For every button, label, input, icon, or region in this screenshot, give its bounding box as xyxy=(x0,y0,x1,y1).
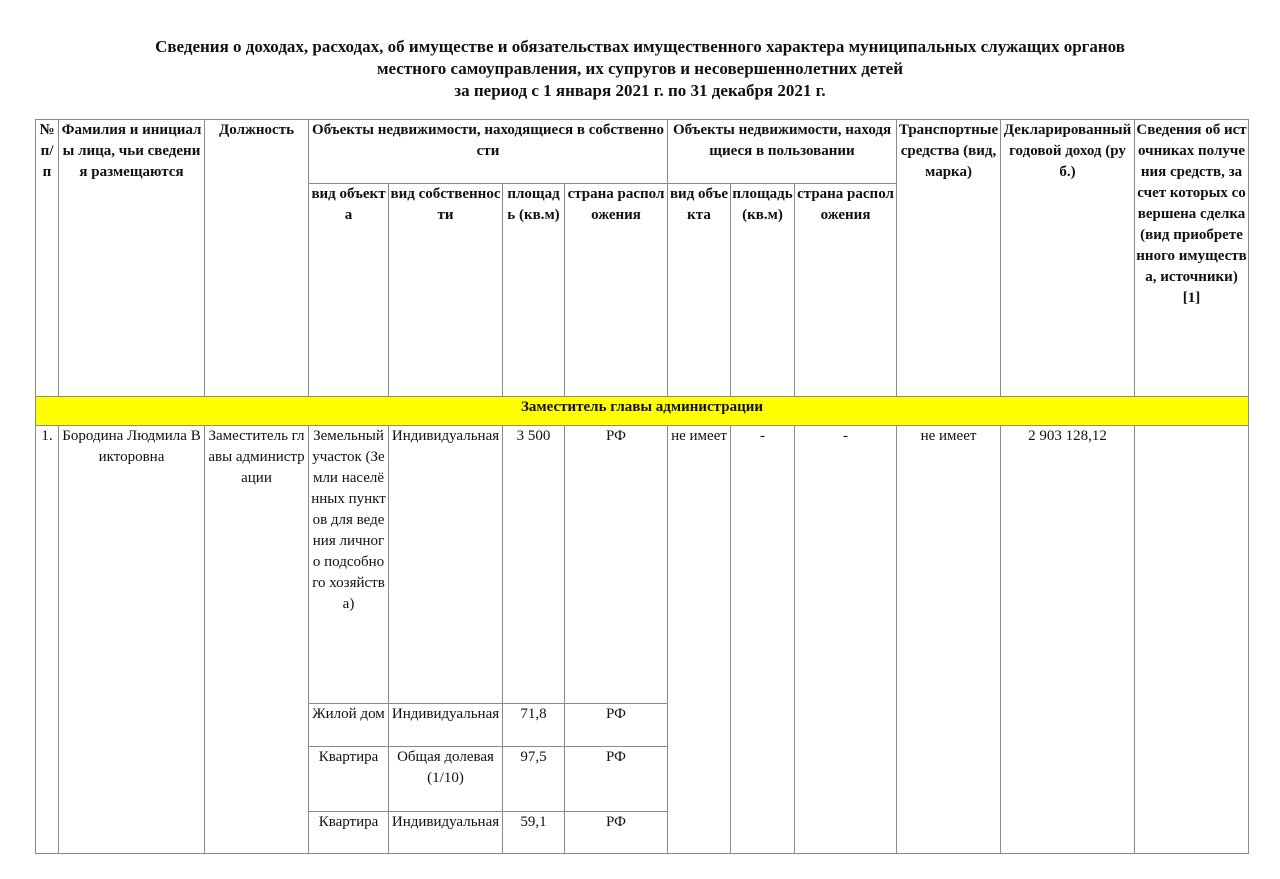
owned-area: 59,1 xyxy=(503,812,565,854)
transport: не имеет xyxy=(897,426,1001,854)
header-row-1: № п/п Фамилия и инициалы лица, чьи сведе… xyxy=(36,120,1249,184)
header-name: Фамилия и инициалы лица, чьи сведения ра… xyxy=(59,120,205,397)
header-owned-group: Объекты недвижимости, находящиеся в собс… xyxy=(309,120,668,184)
header-income: Декларированный годовой доход (руб.) xyxy=(1001,120,1135,397)
used-country: - xyxy=(795,426,897,854)
declaration-table: № п/п Фамилия и инициалы лица, чьи сведе… xyxy=(35,119,1249,854)
row-position: Заместитель главы администрации xyxy=(205,426,309,854)
owned-type: Жилой дом xyxy=(309,704,389,747)
owned-country: РФ xyxy=(565,426,668,704)
owned-type: Земельный участок (Земли населённых пунк… xyxy=(309,426,389,704)
section-title: Заместитель главы администрации xyxy=(36,397,1249,426)
owned-type: Квартира xyxy=(309,747,389,812)
header-used-area: площадь (кв.м) xyxy=(731,184,795,397)
header-used-country: страна расположения xyxy=(795,184,897,397)
row-name: Бородина Людмила Викторовна xyxy=(59,426,205,854)
owned-area: 71,8 xyxy=(503,704,565,747)
owned-ownership: Индивидуальная xyxy=(389,812,503,854)
owned-country: РФ xyxy=(565,704,668,747)
owned-ownership: Общая долевая (1/10) xyxy=(389,747,503,812)
title-line-1: Сведения о доходах, расходах, об имущест… xyxy=(0,36,1280,58)
header-sources: Сведения об источниках получения средств… xyxy=(1135,120,1249,397)
owned-country: РФ xyxy=(565,747,668,812)
owned-country: РФ xyxy=(565,812,668,854)
income: 2 903 128,12 xyxy=(1001,426,1135,854)
header-num: № п/п xyxy=(36,120,59,397)
owned-area: 97,5 xyxy=(503,747,565,812)
header-used-type: вид объекта xyxy=(668,184,731,397)
owned-ownership: Индивидуальная xyxy=(389,426,503,704)
header-owned-country: страна расположения xyxy=(565,184,668,397)
header-owned-area: площадь (кв.м) xyxy=(503,184,565,397)
title-line-2: местного самоуправления, их супругов и н… xyxy=(0,58,1280,80)
used-area: - xyxy=(731,426,795,854)
title-line-3: за период с 1 января 2021 г. по 31 декаб… xyxy=(0,80,1280,102)
owned-area: 3 500 xyxy=(503,426,565,704)
header-transport: Транспортные средства (вид, марка) xyxy=(897,120,1001,397)
header-used-group: Объекты недвижимости, находящиеся в поль… xyxy=(668,120,897,184)
sources xyxy=(1135,426,1249,854)
owned-ownership: Индивидуальная xyxy=(389,704,503,747)
used-type: не имеет xyxy=(668,426,731,854)
section-band-row: Заместитель главы администрации xyxy=(36,397,1249,426)
table-row: 1. Бородина Людмила Викторовна Заместите… xyxy=(36,426,1249,704)
document-title: Сведения о доходах, расходах, об имущест… xyxy=(0,36,1280,102)
header-position: Должность xyxy=(205,120,309,397)
header-owned-ownership: вид собственности xyxy=(389,184,503,397)
owned-type: Квартира xyxy=(309,812,389,854)
header-owned-type: вид объекта xyxy=(309,184,389,397)
row-num: 1. xyxy=(36,426,59,854)
